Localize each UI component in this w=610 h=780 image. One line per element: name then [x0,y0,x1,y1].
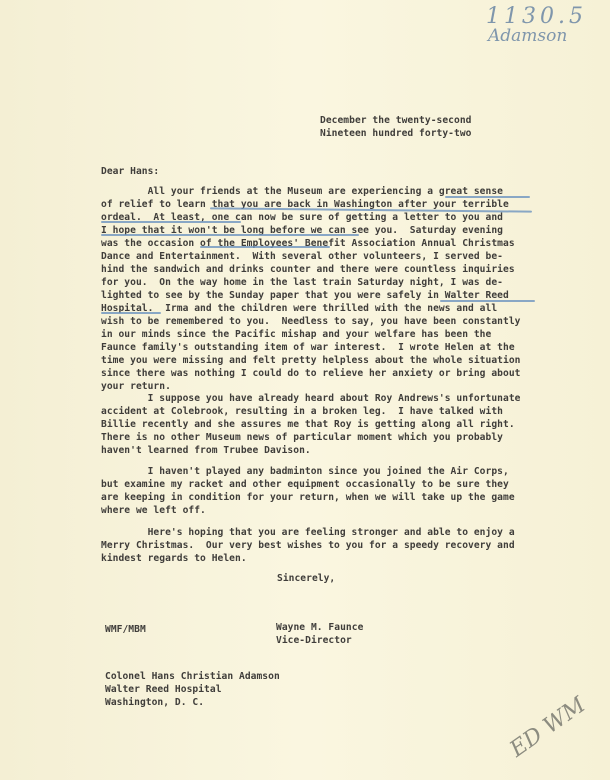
recipient-address: Colonel Hans Christian AdamsonWalter Ree… [105,670,280,709]
pen-underline [200,246,330,248]
handwritten-initials-mark: ED WM [506,693,591,763]
letter-page: 1130.5 Adamson December the twenty-secon… [0,0,610,780]
date-line: December the twenty-second [320,114,471,127]
body-paragraph: I suppose you have already heard about R… [101,392,520,457]
address-line: Colonel Hans Christian Adamson [105,670,280,683]
pen-underline [101,234,359,236]
date-line: Nineteen hundred forty-two [320,127,471,140]
address-line: Washington, D. C. [105,696,280,709]
handwritten-reference-name: Adamson [488,26,567,46]
pen-underline [101,312,161,314]
pen-underline [445,196,530,198]
salutation: Dear Hans: [101,165,159,178]
address-line: Walter Reed Hospital [105,683,280,696]
body-paragraph: Here's hoping that you are feeling stron… [101,526,515,565]
signer-name: Wayne M. Faunce [276,621,363,634]
pen-underline [440,300,535,302]
signature-block: Wayne M. FaunceVice-Director [276,621,363,647]
body-paragraph: All your friends at the Museum are exper… [101,185,520,393]
body-paragraph: I haven't played any badminton since you… [101,465,515,517]
typist-initials: WMF/MBM [105,623,146,636]
date-block: December the twenty-secondNineteen hundr… [320,114,471,140]
pen-underline [101,221,241,223]
closing: Sincerely, [277,572,335,585]
signer-title: Vice-Director [276,634,363,647]
